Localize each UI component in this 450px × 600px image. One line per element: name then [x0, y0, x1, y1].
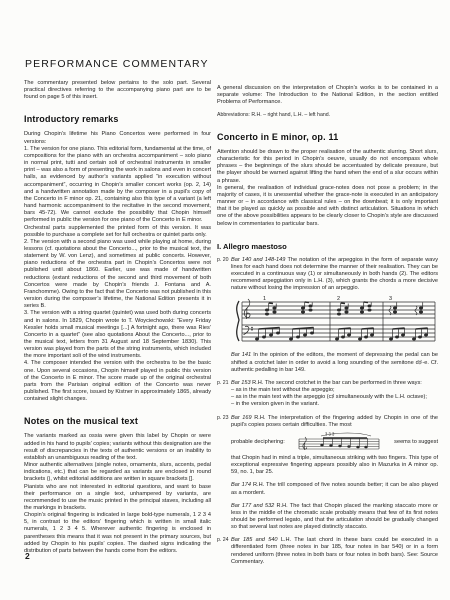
bar-label: Bar 169 [231, 415, 252, 421]
page-ref: p. 24 [217, 537, 229, 543]
bar-note-169: p. 23 Bar 169 R.H. The interpretation of… [217, 415, 438, 477]
notes-group-3 [389, 303, 428, 341]
paragraph: During Chopin’s lifetime his Piano Conce… [24, 131, 211, 145]
inline-text-before: probable deciphering: [231, 439, 285, 445]
paragraph: The variants marked as ossia were given … [24, 433, 211, 462]
bass-clef-icon [244, 327, 249, 336]
notes-group-2 [335, 302, 373, 340]
paragraph: 2. The version with a second piano was u… [24, 239, 211, 311]
bar-text: R.H. The second crotchet in the bar can … [252, 380, 422, 386]
bar-note-174: Bar 174 R.H. The trill composed of five … [217, 482, 438, 496]
commentary-page: PERFORMANCE COMMENTARY The commentary pr… [0, 0, 450, 600]
page-title: PERFORMANCE COMMENTARY [25, 58, 209, 70]
paragraph: Attention should be drawn to the proper … [217, 149, 438, 185]
music-example-arpeggio: 1 2 3 [233, 296, 437, 346]
example-label-1: 1 [263, 296, 266, 302]
intro-paragraph: The commentary presented below pertains … [24, 80, 211, 101]
bar-text: R.H. The trill composed of five notes so… [231, 482, 438, 495]
bar-label: Bar 174 [231, 482, 251, 488]
page-ref: p. 23 [217, 415, 229, 421]
bar-label: Bar 141 [231, 352, 251, 358]
bar-note-153: p. 21 Bar 153 R.H. The second crotchet i… [217, 380, 438, 409]
performance-options-list: – as in the main text without the arpegg… [231, 387, 438, 408]
page-number: 2 [25, 551, 30, 561]
inline-example-row: probable deciphering: [231, 431, 438, 453]
bar-label: Bar 140 and 148-149 [231, 257, 285, 263]
heading-concerto-e-minor: Concerto in E minor, op. 11 [217, 132, 438, 142]
left-column: The commentary presented below pertains … [24, 80, 211, 555]
bar-label: Bar 177 and 532 [231, 503, 274, 509]
paragraph: Minor authentic alternatives (single not… [24, 462, 211, 483]
bar-text-continued: that Chopin had in mind a triple, simult… [231, 455, 438, 476]
page-ref: p. 21 [217, 380, 229, 386]
bar-text: In the opinion of the editors, the momen… [231, 352, 438, 372]
paragraph: In general, the realisation of individua… [217, 185, 438, 228]
example-label-3: 3 [389, 296, 392, 302]
paragraph: Pianists who are not interested in edito… [24, 484, 211, 513]
list-item: – in the version given in the variant. [231, 401, 438, 408]
music-example-fingering-inline: 3 3 3 [297, 431, 381, 453]
bar-note-141: Bar 141 In the opinion of the editors, t… [217, 352, 438, 373]
paragraph: 4. The composer intended the version wit… [24, 360, 211, 403]
general-discussion-paragraph: A general discussion on the interpretati… [217, 85, 438, 106]
bar-label: Bar 153 [231, 380, 251, 386]
paragraph: Orchestral parts supplemented the printe… [24, 225, 211, 239]
paragraph: 1. The version for one piano. This edito… [24, 146, 211, 225]
paragraph: 3. The version with a string quartet (qu… [24, 310, 211, 360]
fingering-numbers: 3 3 3 [325, 431, 335, 436]
brace-icon [237, 301, 239, 341]
list-item: – as in the main text without the arpegg… [231, 387, 438, 394]
heading-allegro-maestoso: I. Allegro maestoso [217, 242, 438, 251]
bar-text: R.H. The interpretation of the fingering… [231, 415, 438, 428]
bar-note-140: p. 20 Bar 140 and 148-149 The notation o… [217, 257, 438, 293]
bar-label: Bar 185 and 540 [231, 537, 278, 543]
example-label-2: 2 [337, 296, 340, 302]
abbreviations-line: Abbreviations: R.H. – right hand, L.H. –… [217, 112, 438, 119]
page-ref: p. 20 [217, 257, 229, 263]
notes-group-1 [255, 302, 313, 340]
heading-introductory-remarks: Introductory remarks [24, 114, 211, 124]
heading-notes-on-musical-text: Notes on the musical text [24, 416, 211, 426]
inline-text-after: seems to suggest [394, 439, 438, 445]
list-item: – as in the main text with the arpeggio … [231, 394, 438, 401]
bar-note-185: p. 24 Bar 185 and 540 L.H. The last chor… [217, 537, 438, 566]
paragraph: Chopin’s original fingering is indicated… [24, 512, 211, 555]
right-column: A general discussion on the interpretati… [217, 85, 438, 566]
bar-note-177: Bar 177 and 532 R.H. The fact that Chopi… [217, 503, 438, 532]
